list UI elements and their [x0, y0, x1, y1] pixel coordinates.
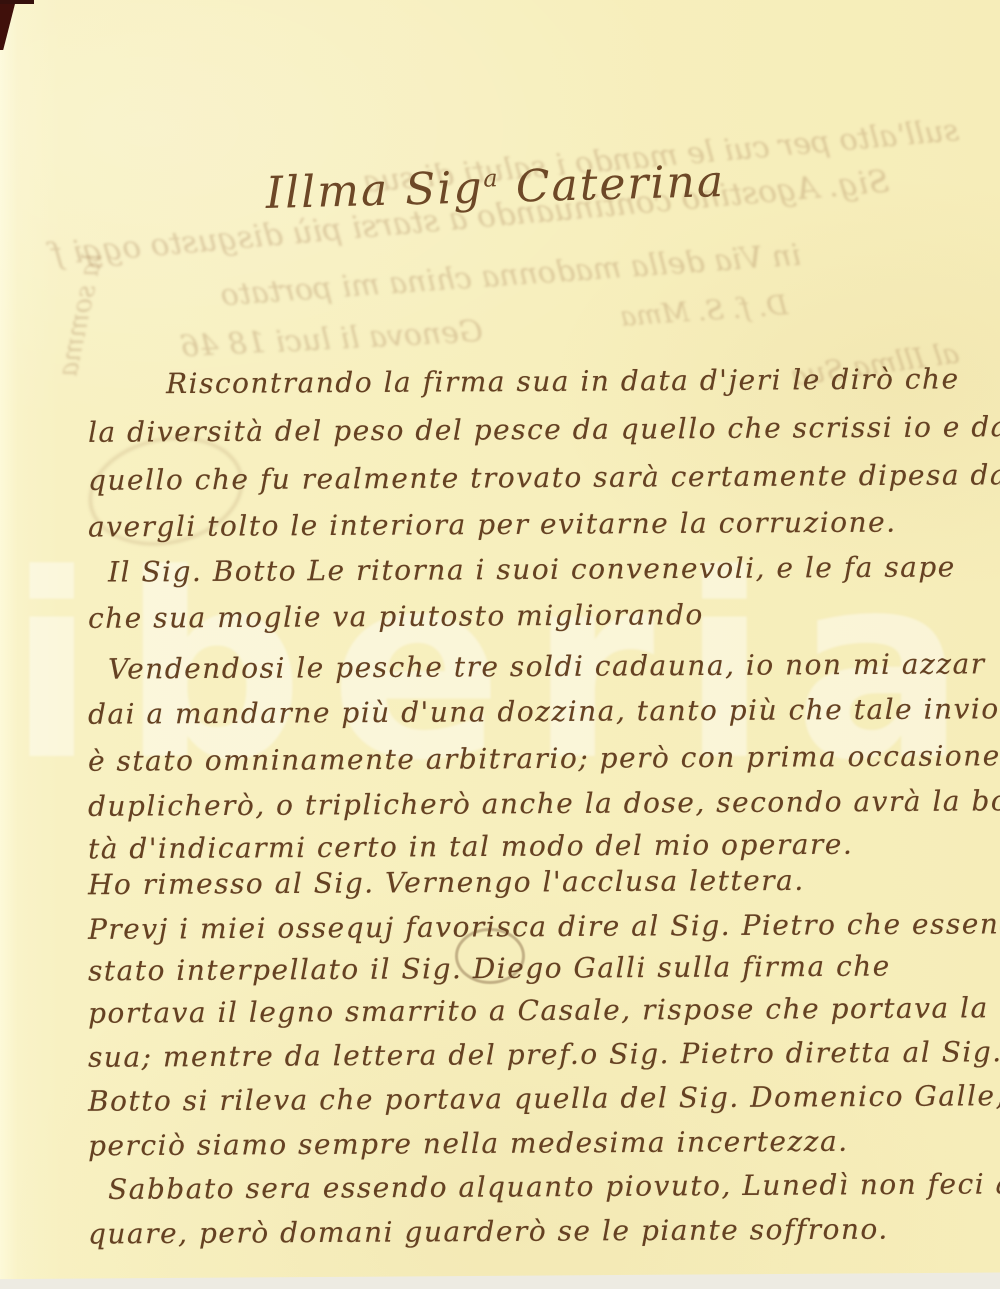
manuscript-line: stato interpellato il Sig. Diego Galli s… [88, 950, 891, 988]
manuscript-line: Prevj i miei ossequj favorisca dire al S… [88, 907, 1000, 946]
corner-tear-mark [0, 0, 16, 50]
manuscript-line: perciò siamo sempre nella medesima incer… [88, 1125, 849, 1163]
manuscript-line: Sabbato sera essendo alquanto piovuto, L… [88, 1167, 1000, 1206]
manuscript-line: Vendendosi le pesche tre soldi cadauna, … [88, 647, 986, 685]
bleedthrough-line: Genova li luci 18 46 [179, 314, 483, 365]
manuscript-line: duplicherò, o triplicherò anche la dose,… [88, 784, 1000, 823]
letter-salutation: Illma Siga Caterina [265, 156, 726, 219]
manuscript-line: avergli tolto le interiora per evitarne … [88, 506, 897, 544]
salutation-honorific: Illma [265, 165, 390, 219]
bleedthrough-line: la somma [53, 250, 109, 379]
manuscript-line: tà d'indicarmi certo in tal modo del mio… [88, 828, 854, 866]
manuscript-line: Il Sig. Botto Le ritorna i suoi convenev… [88, 550, 956, 588]
salutation-superscript: a [483, 164, 500, 192]
corner-tear-mark-edge [0, 0, 34, 4]
manuscript-line: che sua moglie va piutosto migliorando [88, 598, 704, 635]
bleedthrough-line: in Via della madonna china mi portato [219, 238, 802, 313]
manuscript-line: Riscontrando la firma sua in data d'jeri… [88, 362, 960, 400]
manuscript-line: la diversità del peso del pesce da quell… [88, 410, 1000, 449]
manuscript-line: Ho rimesso al Sig. Vernengo l'acclusa le… [88, 864, 805, 901]
manuscript-line: quello che fu realmente trovato sarà cer… [88, 458, 1000, 497]
salutation-name: Caterina [515, 156, 726, 212]
manuscript-line: dai a mandarne più d'una dozzina, tanto … [88, 692, 1000, 731]
manuscript-line: sua; mentre da lettera del pref.o Sig. P… [88, 1035, 1000, 1074]
salutation-title: Sig [405, 162, 485, 215]
manuscript-line: portava il legno smarrito a Casale, risp… [88, 991, 989, 1030]
manuscript-line: Botto si rileva che portava quella del S… [88, 1079, 1000, 1118]
manuscript-line: è stato omninamente arbitrario; però con… [88, 739, 1000, 778]
scan-background-edge [0, 1267, 1000, 1289]
manuscript-page: sull'alto per cui le mando i saluti di s… [0, 0, 1000, 1289]
manuscript-line: quare, però domani guarderò se le piante… [88, 1213, 889, 1251]
bleedthrough-line: D. f. S. Mma [619, 290, 789, 333]
